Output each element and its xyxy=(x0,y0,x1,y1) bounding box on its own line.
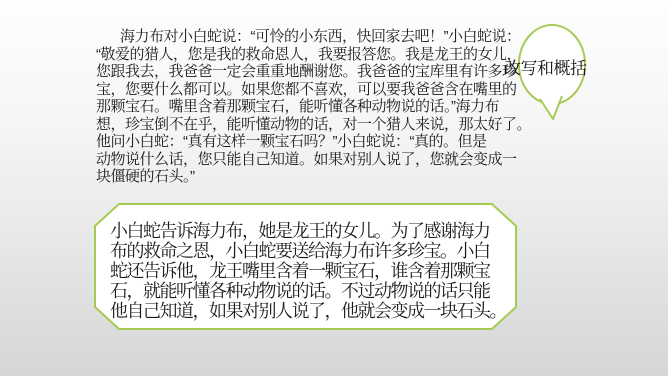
story-line: 他问小白蛇：“真有这样一颗宝石吗？”小白蛇说：“真的。但是 xyxy=(96,133,526,151)
callout-label: 改写和概括 xyxy=(504,54,587,79)
story-textbox: 海力布对小白蛇说：“可怜的小东西，快回家去吧！”小白蛇说： “敬爱的猎人，您是我… xyxy=(96,28,526,186)
summary-line: 小白蛇告诉海力布，她是龙王的女儿。为了感谢海力 xyxy=(110,221,510,241)
story-line: 动物说什么话，您只能自己知道。如果对别人说了，您就会变成一 xyxy=(96,151,526,169)
story-line: 您跟我去，我爸爸一定会重重地酬谢您。我爸爸的宝库里有许多珍 xyxy=(96,63,526,81)
summary-textbox: 小白蛇告诉海力布，她是龙王的女儿。为了感谢海力 布的救命之恩，小白蛇要送给海力布… xyxy=(110,221,510,321)
summary-line: 蛇还告诉他，龙王嘴里含着一颗宝石，谁含着那颗宝 xyxy=(110,261,510,281)
story-line: 那颗宝石。嘴里含着那颗宝石，能听懂各种动物说的话。”海力布 xyxy=(96,98,526,116)
summary-line: 他自己知道，如果对别人说了，他就会变成一块石头。 xyxy=(110,301,510,321)
story-line: 想，珍宝倒不在乎，能听懂动物的话，对一个猎人来说，那太好了。 xyxy=(96,116,526,134)
summary-line: 石，就能听懂各种动物说的话。不过动物说的话只能 xyxy=(110,281,510,301)
story-line: 海力布对小白蛇说：“可怜的小东西，快回家去吧！”小白蛇说： xyxy=(96,28,526,46)
speech-bubble-tail xyxy=(540,96,562,119)
story-line: 块僵硬的石头。” xyxy=(96,168,526,186)
summary-line: 布的救命之恩，小白蛇要送给海力布许多珍宝。小白 xyxy=(110,241,510,261)
slide-canvas: 海力布对小白蛇说：“可怜的小东西，快回家去吧！”小白蛇说： “敬爱的猎人，您是我… xyxy=(0,0,668,376)
story-line: 宝，您要什么都可以。如果您都不喜欢，可以要我爸爸含在嘴里的 xyxy=(96,81,526,99)
story-line: “敬爱的猎人，您是我的救命恩人，我要报答您。我是龙王的女儿， xyxy=(96,46,526,64)
